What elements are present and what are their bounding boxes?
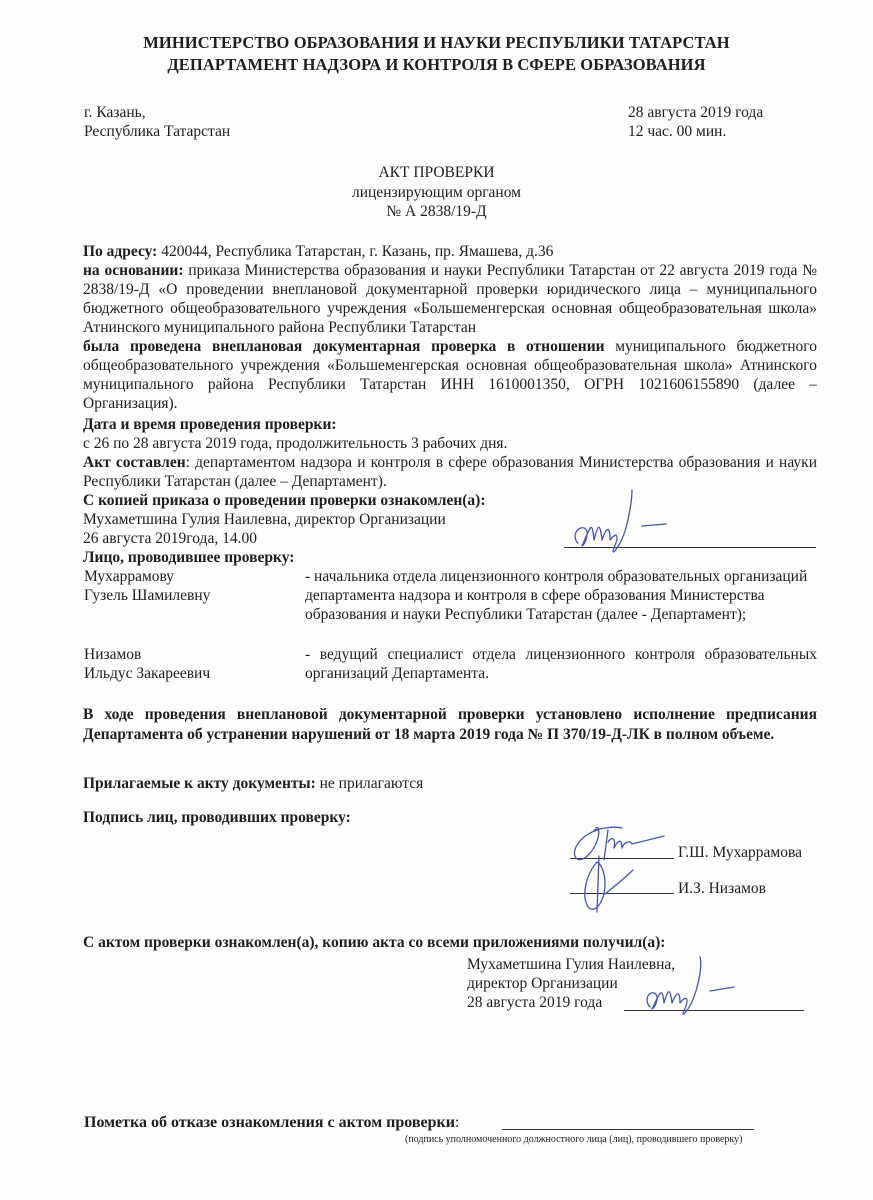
refusal-signature-line (502, 1129, 754, 1130)
signer-1-name: Г.Ш. Мухаррамова (678, 844, 802, 862)
act-number: № А 2838/19-Д (0, 203, 873, 221)
act-title: АКТ ПРОВЕРКИ (0, 164, 873, 182)
inspectors-label: Лицо, проводившее проверку: (83, 548, 817, 567)
place-block: г. Казань, Республика Татарстан (84, 103, 230, 141)
address-value: 420044, Республика Татарстан, г. Казань,… (157, 243, 553, 260)
attachments-paragraph: Прилагаемые к акту документы: не прилага… (83, 774, 817, 793)
datetime-block: 28 августа 2019 года 12 час. 00 мин. (628, 103, 763, 141)
order-copy-date: 26 августа 2019года, 14.00 (83, 529, 817, 548)
inspector-1-role: - начальника отдела лицензионного контро… (305, 567, 817, 624)
ack-signature-icon (640, 955, 750, 1020)
refusal-caption: (подпись уполномоченного должностного ли… (405, 1134, 742, 1145)
ministry-title: МИНИСТЕРСТВО ОБРАЗОВАНИЯ И НАУКИ РЕСПУБЛ… (0, 33, 873, 53)
inspector-2-role: - ведущий специалист отдела лицензионног… (305, 645, 817, 683)
attachments-value: не прилагаются (316, 775, 423, 792)
dates-value: с 26 по 28 августа 2019 года, продолжите… (83, 434, 817, 453)
order-copy-label: С копией приказа о проведении проверки о… (83, 491, 817, 510)
signer-2-signature-icon (575, 852, 665, 922)
conclusion-paragraph: В ходе проведения внеплановой документар… (83, 705, 817, 745)
signatures-label: Подпись лиц, проводивших проверку: (83, 808, 817, 827)
refusal-note: Пометка об отказе ознакомления с актом п… (84, 1114, 459, 1132)
dates-paragraph: Дата и время проведения проверки: с 26 п… (83, 415, 817, 453)
region: Республика Татарстан (84, 122, 230, 141)
signer-2-name: И.З. Низамов (678, 880, 766, 898)
basis-label: на основании: (83, 262, 184, 279)
basis-paragraph: на основании: приказа Министерства образ… (83, 261, 817, 337)
act-time: 12 час. 00 мин. (628, 122, 763, 141)
composed-value: : департаментом надзора и контроля в сфе… (83, 454, 817, 490)
inspection-paragraph: была проведена внеплановая документарная… (83, 337, 817, 413)
inspection-label: была проведена внеплановая документарная… (83, 338, 605, 355)
composed-paragraph: Акт составлен: департаментом надзора и к… (83, 453, 817, 491)
order-copy-section: С копией приказа о проведении проверки о… (83, 491, 817, 548)
refusal-label: Пометка об отказе ознакомления с актом п… (84, 1114, 455, 1131)
address-label: По адресу: (83, 243, 157, 260)
acknowledgement-label: С актом проверки ознакомлен(а), копию ак… (83, 933, 817, 952)
composed-label: Акт составлен (83, 454, 186, 471)
address-paragraph: По адресу: 420044, Республика Татарстан,… (83, 242, 817, 261)
attachments-label: Прилагаемые к акту документы: (83, 775, 316, 792)
dates-label: Дата и время проведения проверки: (83, 415, 817, 434)
inspector-1-name: Мухаррамову Гузель Шамилевну (84, 567, 294, 605)
act-date: 28 августа 2019 года (628, 103, 763, 122)
city: г. Казань, (84, 103, 230, 122)
department-title: ДЕПАРТАМЕНТ НАДЗОРА И КОНТРОЛЯ В СФЕРЕ О… (0, 55, 873, 75)
act-subtitle: лицензирующим органом (0, 184, 873, 202)
basis-value: приказа Министерства образования и науки… (83, 262, 817, 336)
document-page: МИНИСТЕРСТВО ОБРАЗОВАНИЯ И НАУКИ РЕСПУБЛ… (0, 0, 873, 1200)
order-copy-person: Мухаметшина Гулия Наилевна, директор Орг… (83, 510, 817, 529)
inspector-2-name: Низамов Ильдус Закареевич (84, 645, 294, 683)
